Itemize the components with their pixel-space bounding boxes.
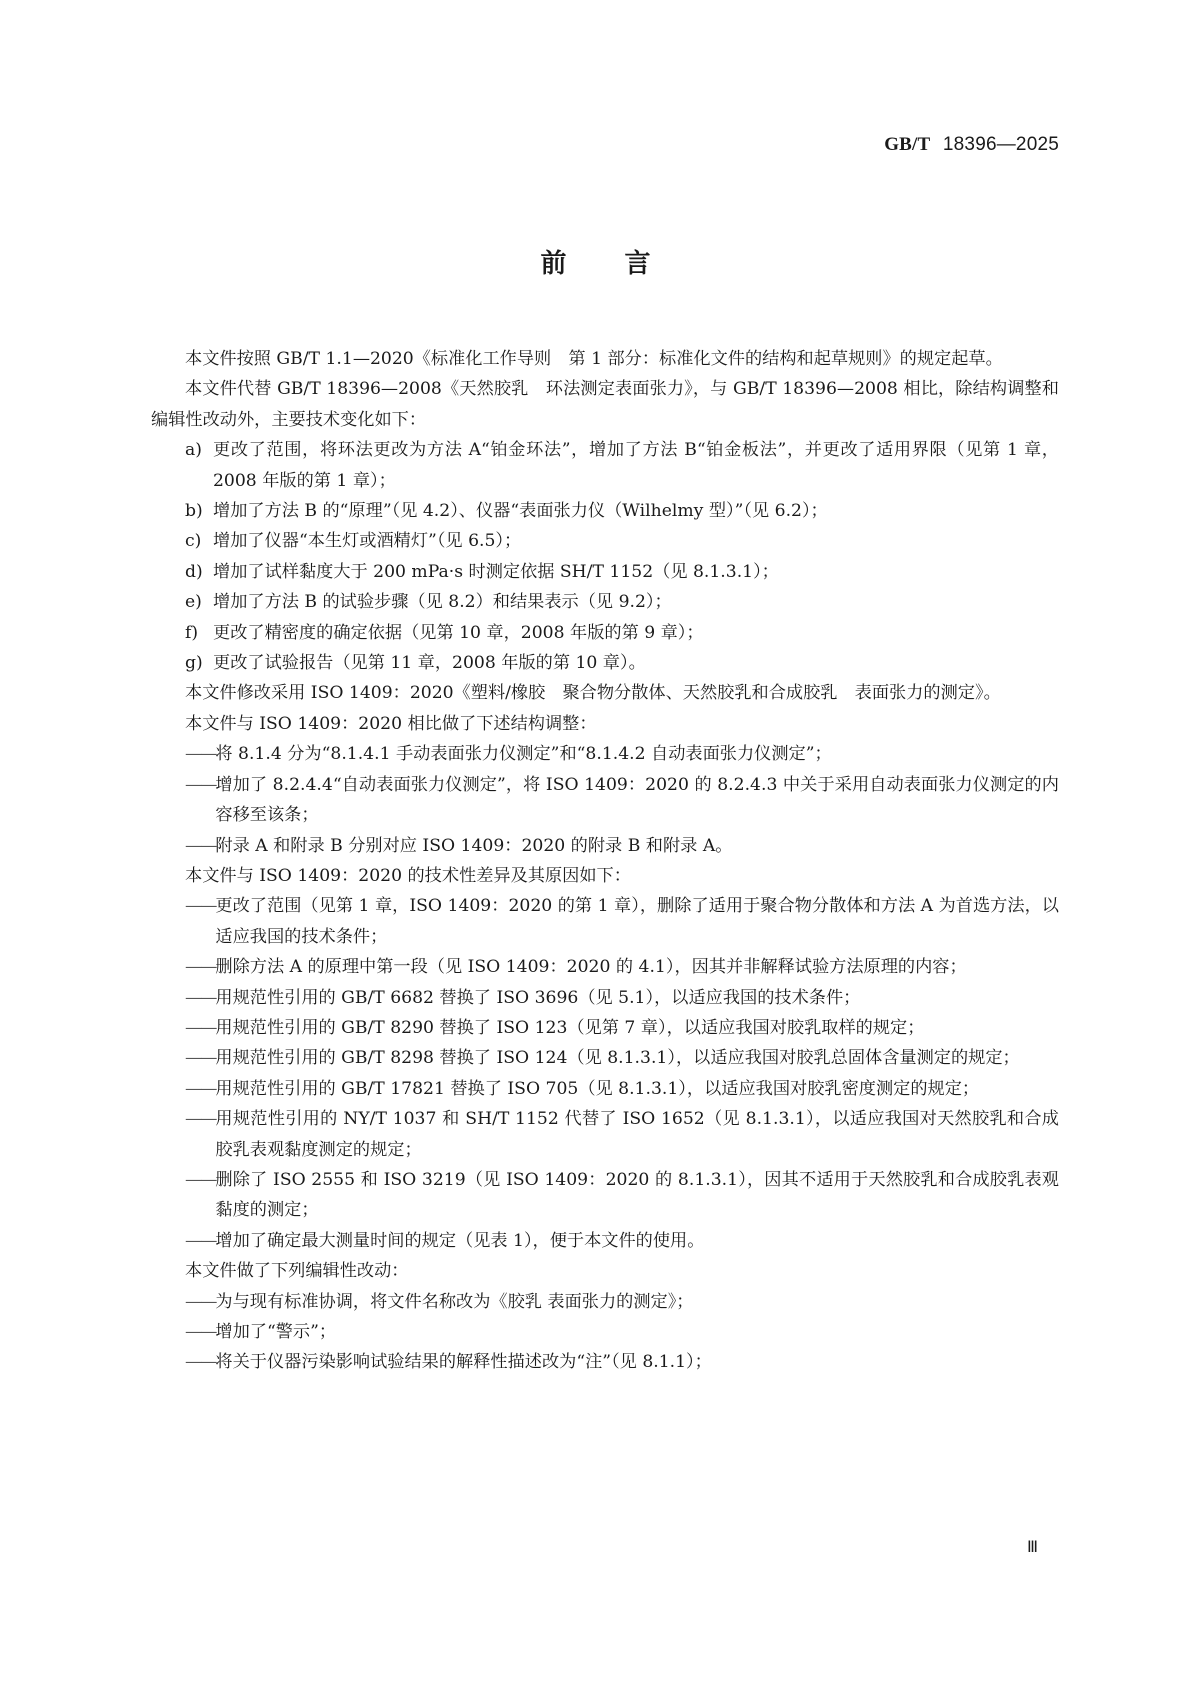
technical-changes-list: a)更改了范围，将环法更改为方法 A“铂金环法”，增加了方法 B“铂金板法”，并… <box>151 435 1059 678</box>
list-item: a)更改了范围，将环法更改为方法 A“铂金环法”，增加了方法 B“铂金板法”，并… <box>151 435 1059 496</box>
dash-item: ——增加了 8.2.4.4“自动表面张力仪测定”，将 ISO 1409：2020… <box>151 770 1059 831</box>
dash-item: ——用规范性引用的 NY/T 1037 和 SH/T 1152 代替了 ISO … <box>151 1104 1059 1165</box>
dash-item: ——删除方法 A 的原理中第一段（见 ISO 1409：2020 的 4.1），… <box>151 952 1059 982</box>
list-item: f)更改了精密度的确定依据（见第 10 章，2008 年版的第 9 章）； <box>151 618 1059 648</box>
list-item: e)增加了方法 B 的试验步骤（见 8.2）和结果表示（见 9.2）； <box>151 587 1059 617</box>
dash-item: ——删除了 ISO 2555 和 ISO 3219（见 ISO 1409：202… <box>151 1165 1059 1226</box>
paragraph-replaces: 本文件代替 GB/T 18396—2008《天然胶乳 环法测定表面张力》，与 G… <box>151 374 1059 435</box>
list-item: c)增加了仪器“本生灯或酒精灯”（见 6.5）； <box>151 526 1059 556</box>
editorial-changes-list: ——为与现有标准协调，将文件名称改为《胶乳 表面张力的测定》； ——增加了“警示… <box>151 1287 1059 1378</box>
dash-item: ——用规范性引用的 GB/T 6682 替换了 ISO 3696（见 5.1），… <box>151 983 1059 1013</box>
dash-item: ——将 8.1.4 分为“8.1.4.1 手动表面张力仪测定”和“8.1.4.2… <box>151 739 1059 769</box>
dash-item: ——增加了确定最大测量时间的规定（见表 1），便于本文件的使用。 <box>151 1226 1059 1256</box>
structural-changes-list: ——将 8.1.4 分为“8.1.4.1 手动表面张力仪测定”和“8.1.4.2… <box>151 739 1059 861</box>
list-item: g)更改了试验报告（见第 11 章，2008 年版的第 10 章）。 <box>151 648 1059 678</box>
dash-item: ——用规范性引用的 GB/T 8290 替换了 ISO 123（见第 7 章），… <box>151 1013 1059 1043</box>
paragraph-editorial-intro: 本文件做了下列编辑性改动： <box>151 1256 1059 1286</box>
paragraph-iso-adoption: 本文件修改采用 ISO 1409：2020《塑料/橡胶 聚合物分散体、天然胶乳和… <box>151 678 1059 708</box>
list-item: d)增加了试样黏度大于 200 mPa·s 时测定依据 SH/T 1152（见 … <box>151 557 1059 587</box>
paragraph-technical-differences-intro: 本文件与 ISO 1409：2020 的技术性差异及其原因如下： <box>151 861 1059 891</box>
standard-number: 18396—2025 <box>943 134 1059 155</box>
document-body: 本文件按照 GB/T 1.1—2020《标准化工作导则 第 1 部分：标准化文件… <box>151 344 1059 1378</box>
dash-item: ——用规范性引用的 GB/T 17821 替换了 ISO 705（见 8.1.3… <box>151 1074 1059 1104</box>
standard-prefix: GB/T <box>884 134 930 155</box>
page-title: 前言 <box>0 243 1191 280</box>
dash-item: ——用规范性引用的 GB/T 8298 替换了 ISO 124（见 8.1.3.… <box>151 1043 1059 1073</box>
technical-differences-list: ——更改了范围（见第 1 章，ISO 1409：2020 的第 1 章），删除了… <box>151 891 1059 1256</box>
paragraph-structural-intro: 本文件与 ISO 1409：2020 相比做了下述结构调整： <box>151 709 1059 739</box>
dash-item: ——附录 A 和附录 B 分别对应 ISO 1409：2020 的附录 B 和附… <box>151 831 1059 861</box>
dash-item: ——增加了“警示”； <box>151 1317 1059 1347</box>
list-item: b)增加了方法 B 的“原理”（见 4.2）、仪器“表面张力仪（Wilhelmy… <box>151 496 1059 526</box>
dash-item: ——将关于仪器污染影响试验结果的解释性描述改为“注”（见 8.1.1）； <box>151 1347 1059 1377</box>
standard-code: GB/T 18396—2025 <box>884 133 1059 156</box>
dash-item: ——为与现有标准协调，将文件名称改为《胶乳 表面张力的测定》； <box>151 1287 1059 1317</box>
paragraph-drafting-basis: 本文件按照 GB/T 1.1—2020《标准化工作导则 第 1 部分：标准化文件… <box>151 344 1059 374</box>
dash-item: ——更改了范围（见第 1 章，ISO 1409：2020 的第 1 章），删除了… <box>151 891 1059 952</box>
page-number: Ⅲ <box>1027 1537 1038 1557</box>
